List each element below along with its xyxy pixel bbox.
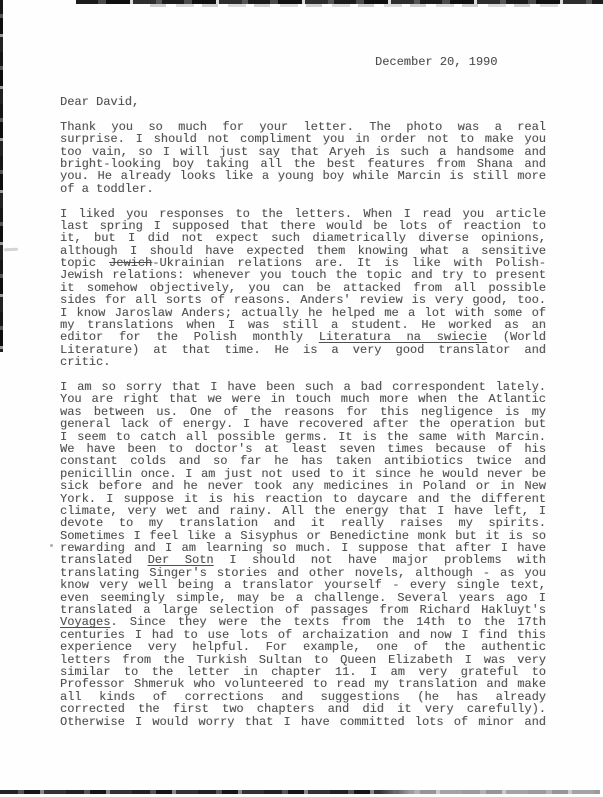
letter-paragraph: I am so sorry that I have been such a ba… <box>60 381 546 728</box>
scan-artifact-speck <box>50 544 53 547</box>
scan-artifact-bottom-edge <box>0 790 600 794</box>
letter-line: critic. <box>60 356 546 368</box>
scanned-letter-page: December 20, 1990 Dear David, Thank you … <box>0 0 603 797</box>
letter-line: of a toddler. <box>60 183 546 195</box>
letter-date: December 20, 1990 <box>375 56 497 68</box>
letter-body: Thank you so much for your letter. The p… <box>60 121 546 728</box>
letter-paragraph: Thank you so much for your letter. The p… <box>60 121 546 195</box>
scan-artifact-top-edge <box>76 0 603 4</box>
letter-paragraph: I liked you responses to the letters. Wh… <box>60 208 546 369</box>
letter-body-column: Dear David, Thank you so much for your l… <box>60 96 546 740</box>
letter-line: Otherwise I would worry that I have comm… <box>60 716 546 728</box>
letter-text: of a toddler. <box>60 182 154 196</box>
letter-text: critic. <box>60 355 110 369</box>
letter-salutation: Dear David, <box>60 96 546 108</box>
letter-text: Otherwise I would worry that I have comm… <box>60 715 546 729</box>
scan-artifact-smudge <box>4 248 18 251</box>
scan-artifact-left-edge <box>0 0 3 352</box>
letter-text: Literature) at that time. He is a very g… <box>60 343 546 357</box>
scan-artifact-top-echo <box>150 4 560 7</box>
letter-line: Literature) at that time. He is a very g… <box>60 344 546 356</box>
